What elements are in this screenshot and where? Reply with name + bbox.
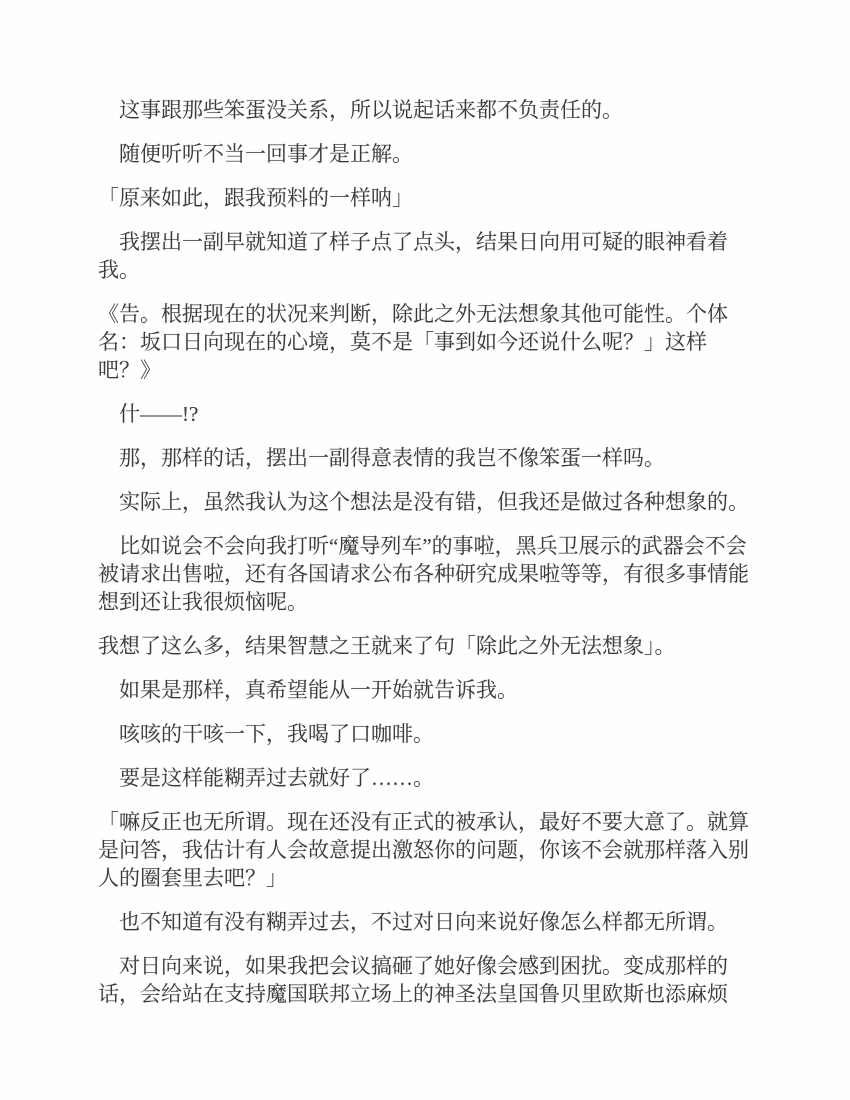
paragraph: 也不知道有没有糊弄过去，不过对日向来说好像怎么样都无所谓。 — [98, 908, 750, 936]
page-text: 这事跟那些笨蛋没关系，所以说起话来都不负责任的。 随便听听不当一回事才是正解。 … — [98, 96, 750, 1008]
dialogue-paragraph: 「原来如此，跟我预料的一样呐」 — [98, 184, 750, 212]
dialogue-paragraph: 「嘛反正也无所谓。现在还没有正式的被承认，最好不要大意了。就算是问答，我估计有人… — [98, 808, 750, 892]
paragraph: 这事跟那些笨蛋没关系，所以说起话来都不负责任的。 — [98, 96, 750, 124]
paragraph: 我摆出一副早就知道了样子点了点头，结果日向用可疑的眼神看着我。 — [98, 228, 750, 284]
paragraph: 什——!? — [98, 400, 750, 428]
paragraph: 随便听听不当一回事才是正解。 — [98, 140, 750, 168]
novel-page: 这事跟那些笨蛋没关系，所以说起话来都不负责任的。 随便听听不当一回事才是正解。 … — [98, 96, 750, 1024]
paragraph: 咳咳的干咳一下，我喝了口咖啡。 — [98, 720, 750, 748]
paragraph: 对日向来说，如果我把会议搞砸了她好像会感到困扰。变成那样的话，会给站在支持魔国联… — [98, 952, 750, 1008]
paragraph: 要是这样能糊弄过去就好了……。 — [98, 764, 750, 792]
announcement-paragraph: 《告。根据现在的状况来判断，除此之外无法想象其他可能性。个体名：坂口日向现在的心… — [98, 300, 750, 384]
paragraph: 实际上，虽然我认为这个想法是没有错，但我还是做过各种想象的。 — [98, 488, 750, 516]
paragraph: 比如说会不会向我打听“魔导列车”的事啦，黑兵卫展示的武器会不会被请求出售啦，还有… — [98, 532, 750, 616]
paragraph: 我想了这么多，结果智慧之王就来了句「除此之外无法想象」。 — [98, 632, 750, 660]
paragraph: 如果是那样，真希望能从一开始就告诉我。 — [98, 676, 750, 704]
paragraph: 那，那样的话，摆出一副得意表情的我岂不像笨蛋一样吗。 — [98, 444, 750, 472]
